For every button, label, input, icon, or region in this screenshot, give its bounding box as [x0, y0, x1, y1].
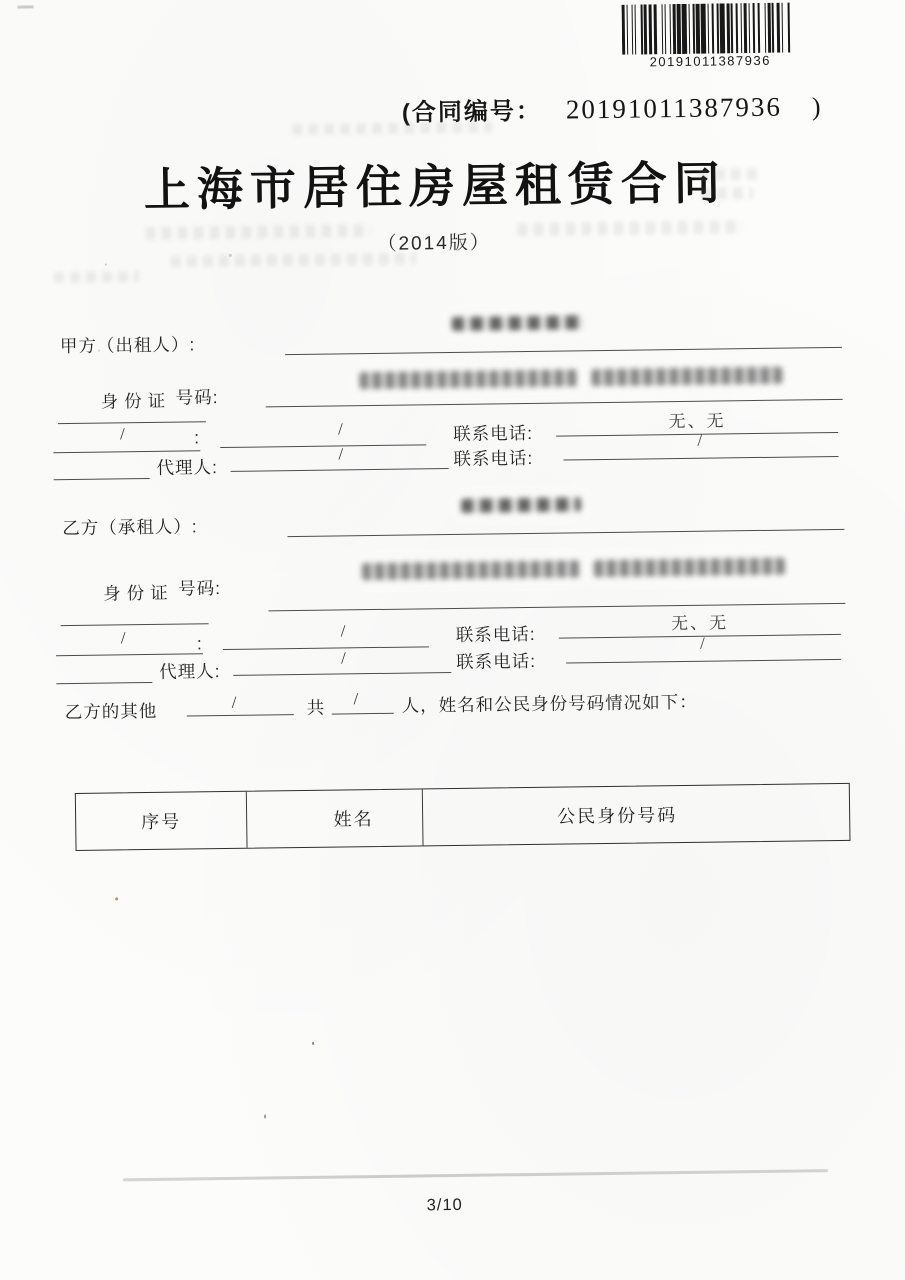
- party-b-others-count-value: /: [232, 693, 237, 713]
- party-a-agent-phone-value: /: [563, 429, 838, 453]
- party-b-agent-value: /: [341, 648, 346, 668]
- party-a-id-number-redacted: [591, 367, 782, 386]
- bleedthrough-smear: [699, 168, 759, 181]
- party-b-id-number-redacted: [594, 558, 785, 577]
- footer-divider: [123, 1169, 828, 1181]
- party-b-id-number2-underline: [223, 630, 429, 650]
- party-b-id-number-redacted: [362, 560, 580, 580]
- party-a-agent-label: 代理人:: [156, 454, 218, 480]
- party-b-phone-value: 无、无: [558, 607, 840, 636]
- page-number: 3/10: [0, 1190, 897, 1221]
- occupants-table: 序号 姓名 公民身份号码: [75, 783, 851, 851]
- scan-edge-mark: [17, 5, 33, 8]
- scanned-contract-page: 20191011387936 (合同编号：20191011387936) 上海市…: [0, 0, 905, 1280]
- party-b-others-total-value: /: [353, 689, 358, 709]
- bleedthrough-smear: [54, 271, 139, 283]
- party-a-name-underline: [285, 331, 842, 355]
- scan-speck: [115, 897, 118, 900]
- edition-subtitle: （2014版）: [0, 222, 887, 261]
- party-a-agent-pre-underline: [53, 462, 149, 480]
- table-header-id-number: 公民身份号码: [422, 784, 812, 845]
- party-a-id-type2-underline: [53, 434, 200, 453]
- party-b-others-count-underline: [187, 700, 294, 716]
- party-b-phone-label: 联系电话:: [456, 621, 536, 647]
- bleedthrough-smear: [701, 187, 753, 200]
- bleedthrough-smear: [292, 121, 492, 135]
- barcode-number: 20191011387936: [622, 52, 798, 69]
- party-b-agent-label: 代理人:: [159, 658, 221, 684]
- party-b-id-type2-underline: [56, 637, 203, 656]
- paper-sheet: 20191011387936 (合同编号：20191011387936) 上海市…: [0, 0, 905, 1280]
- party-b-agent-pre-underline: [56, 666, 152, 684]
- party-b-others-total-underline: [332, 699, 394, 715]
- page-title: 上海市居住房屋租赁合同: [0, 144, 888, 222]
- party-a-name-redacted: [452, 315, 584, 331]
- party-b-others-total-label: 共: [307, 695, 326, 720]
- party-a-id-number2-underline: [220, 428, 426, 448]
- party-b-id-number-label: 号码:: [178, 575, 221, 601]
- party-a-id-number2-value: /: [338, 419, 343, 439]
- party-b-name-underline: [287, 513, 844, 537]
- party-b-id-number2-value: /: [341, 621, 346, 641]
- barcode: [622, 2, 795, 54]
- barcode-block: 20191011387936: [622, 2, 799, 69]
- bleedthrough-smear: [171, 252, 416, 267]
- party-b-others-prefix: 乙方的其他: [65, 698, 158, 724]
- party-b-others-suffix: 人，姓名和公民身份号码情况如下：: [402, 689, 698, 718]
- party-b-agent-phone-label: 联系电话:: [456, 648, 536, 674]
- party-b-id-type-underline: [60, 607, 208, 626]
- party-a-id-number-redacted: [359, 369, 577, 389]
- party-b-name-redacted: [461, 497, 581, 513]
- party-a-phone-label: 联系电话:: [453, 420, 533, 446]
- party-b-id-type-value: 身份证: [103, 580, 174, 606]
- party-a-id-type-underline: [58, 405, 206, 424]
- contract-number-close-paren: ): [812, 92, 823, 121]
- party-a-agent-value: /: [338, 444, 343, 464]
- scan-speck: [312, 1042, 314, 1045]
- scan-speck: [105, 263, 107, 265]
- party-a-role-label: 甲方（出租人）:: [60, 331, 196, 358]
- party-b-role-label: 乙方（承租人）:: [62, 513, 198, 540]
- scan-speck: [229, 254, 232, 257]
- contract-number-value: 20191011387936: [566, 92, 782, 125]
- scan-speck: [264, 1114, 266, 1118]
- scan-speck: [98, 350, 100, 352]
- party-b-agent-phone-value: /: [566, 632, 841, 656]
- table-header-seq: 序号: [76, 792, 247, 850]
- party-a-agent-phone-label: 联系电话:: [453, 445, 533, 471]
